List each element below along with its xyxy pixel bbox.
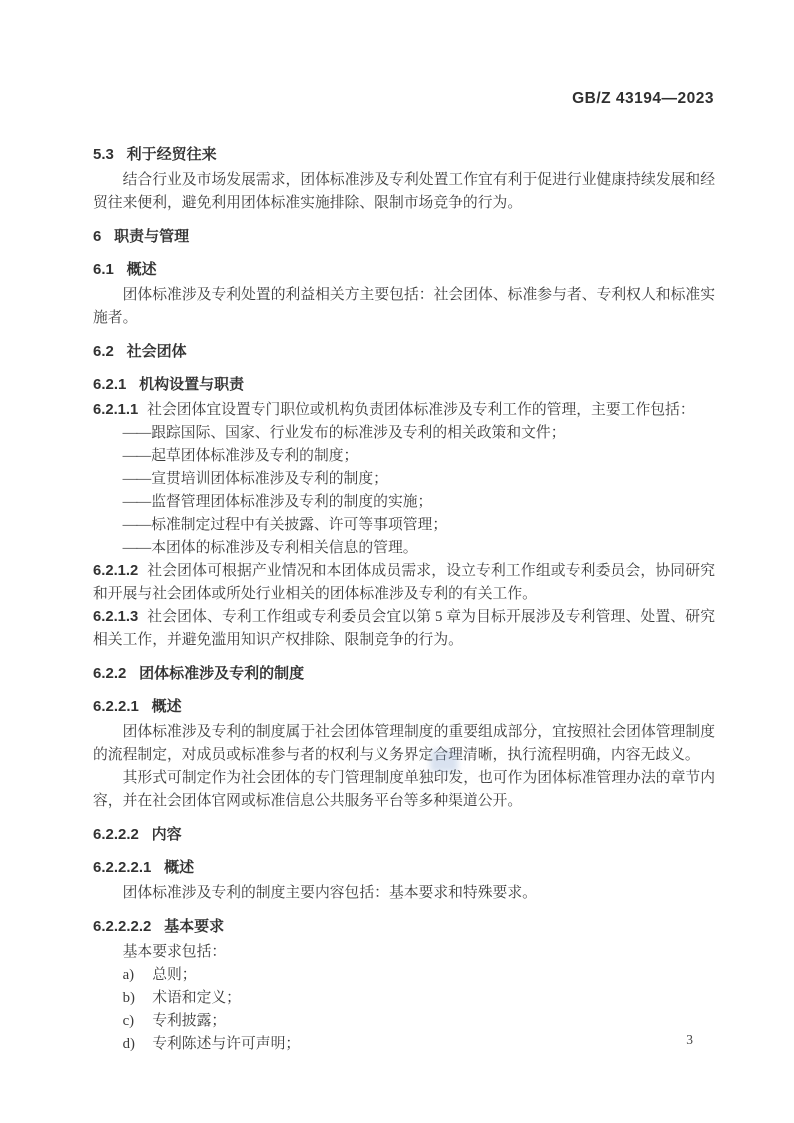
paragraph: 其形式可制定作为社会团体的专门管理制度单独印发，也可作为团体标准管理办法的章节内… (93, 767, 715, 813)
list-item-dash: ——本团体的标准涉及专利相关信息的管理。 (93, 537, 715, 560)
clause-title: 内容 (152, 826, 182, 843)
list-item-text: 跟踪国际、国家、行业发布的标准涉及专利的相关政策和文件； (151, 425, 565, 441)
clause-heading-6-2-1: 6.2.1机构设置与职责 (93, 373, 715, 396)
clause-text: 社会团体、专利工作组或专利委员会宜以第 5 章为目标开展涉及专利管理、处置、研究… (93, 609, 715, 648)
list-item-text: 总则； (152, 967, 196, 983)
clause-title: 机构设置与职责 (139, 376, 244, 393)
list-item-text: 专利披露； (152, 1013, 226, 1029)
clause-text: 社会团体可根据产业情况和本团体成员需求，设立专利工作组或专利委员会，协同研究和开… (93, 563, 715, 602)
clause-title: 概述 (164, 859, 194, 876)
list-item-dash: ——标准制定过程中有关披露、许可等事项管理； (93, 514, 715, 537)
clause-number: 6.2.1.1 (93, 402, 138, 418)
dash-bullet: —— (123, 540, 151, 556)
clause-heading-6-2: 6.2社会团体 (93, 340, 715, 363)
clause-number: 6.2 (93, 343, 114, 360)
clause-number: 6.2.1.2 (93, 563, 138, 579)
clause-number: 6.1 (93, 261, 114, 278)
clause-title: 概述 (152, 698, 182, 715)
list-item-text: 标准制定过程中有关披露、许可等事项管理； (151, 517, 447, 533)
list-item-text: 宣贯培训团体标准涉及专利的制度； (151, 471, 388, 487)
dash-bullet: —— (123, 494, 151, 510)
clause-title: 利于经贸往来 (127, 146, 217, 163)
standard-code: GB/Z 43194—2023 (572, 90, 714, 108)
clause-title: 团体标准涉及专利的制度 (139, 665, 304, 682)
dash-bullet: —— (123, 517, 151, 533)
paragraph: 结合行业及市场发展需求，团体标准涉及专利处置工作宜有利于促进行业健康持续发展和经… (93, 169, 715, 215)
list-item-dash: ——宣贯培训团体标准涉及专利的制度； (93, 468, 715, 491)
clause-number: 6.2.2.1 (93, 698, 139, 715)
clause-heading-6-2-2-2-2: 6.2.2.2.2基本要求 (93, 915, 715, 938)
clause-number: 5.3 (93, 146, 114, 163)
clause-title: 概述 (127, 261, 157, 278)
clause-heading-6-1: 6.1概述 (93, 258, 715, 281)
clause-number: 6.2.1.3 (93, 609, 138, 625)
clause-number: 6.2.2.2.1 (93, 859, 151, 876)
clause-number: 6.2.2 (93, 665, 126, 682)
page-number: 3 (686, 1032, 693, 1048)
clause-number: 6.2.2.2 (93, 826, 139, 843)
paragraph: 团体标准涉及专利的制度主要内容包括：基本要求和特殊要求。 (93, 882, 715, 905)
clause-paragraph-6-2-1-1: 6.2.1.1社会团体宜设置专门职位或机构负责团体标准涉及专利工作的管理，主要工… (93, 399, 715, 422)
dash-bullet: —— (123, 448, 151, 464)
clause-paragraph-6-2-1-2: 6.2.1.2社会团体可根据产业情况和本团体成员需求，设立专利工作组或专利委员会… (93, 560, 715, 606)
document-content: 5.3利于经贸往来 结合行业及市场发展需求，团体标准涉及专利处置工作宜有利于促进… (93, 133, 715, 1056)
clause-number: 6.2.1 (93, 376, 126, 393)
chapter-heading-6: 6职责与管理 (93, 225, 715, 248)
list-item-dash: ——跟踪国际、国家、行业发布的标准涉及专利的相关政策和文件； (93, 422, 715, 445)
clause-heading-6-2-2-2: 6.2.2.2内容 (93, 823, 715, 846)
clause-title: 基本要求 (164, 918, 224, 935)
clause-heading-5-3: 5.3利于经贸往来 (93, 143, 715, 166)
list-item-text: 本团体的标准涉及专利相关信息的管理。 (151, 540, 417, 556)
list-item-letter: b)术语和定义； (93, 987, 715, 1010)
clause-paragraph-6-2-1-3: 6.2.1.3社会团体、专利工作组或专利委员会宜以第 5 章为目标开展涉及专利管… (93, 606, 715, 652)
list-item-dash: ——起草团体标准涉及专利的制度； (93, 445, 715, 468)
list-item-label: d) (123, 1033, 153, 1056)
list-item-letter: d)专利陈述与许可声明； (93, 1033, 715, 1056)
paragraph: 基本要求包括： (93, 941, 715, 964)
paragraph: 团体标准涉及专利的制度属于社会团体管理制度的重要组成部分，宜按照社会团体管理制度… (93, 721, 715, 767)
list-item-letter: a)总则； (93, 964, 715, 987)
clause-title: 社会团体 (127, 343, 187, 360)
list-item-letter: c)专利披露； (93, 1010, 715, 1033)
list-item-label: b) (123, 987, 153, 1010)
clause-number: 6 (93, 228, 101, 245)
list-item-text: 监督管理团体标准涉及专利的制度的实施； (151, 494, 432, 510)
dash-bullet: —— (123, 425, 151, 441)
clause-heading-6-2-2: 6.2.2团体标准涉及专利的制度 (93, 662, 715, 685)
dash-bullet: —— (123, 471, 151, 487)
clause-number: 6.2.2.2.2 (93, 918, 151, 935)
list-item-text: 专利陈述与许可声明； (152, 1036, 300, 1052)
list-item-dash: ——监督管理团体标准涉及专利的制度的实施； (93, 491, 715, 514)
list-item-text: 术语和定义； (152, 990, 241, 1006)
clause-heading-6-2-2-1: 6.2.2.1概述 (93, 695, 715, 718)
clause-heading-6-2-2-2-1: 6.2.2.2.1概述 (93, 856, 715, 879)
list-item-label: c) (123, 1010, 153, 1033)
list-item-label: a) (123, 964, 153, 987)
paragraph: 团体标准涉及专利处置的利益相关方主要包括：社会团体、标准参与者、专利权人和标准实… (93, 284, 715, 330)
list-item-text: 起草团体标准涉及专利的制度； (151, 448, 358, 464)
clause-title: 职责与管理 (114, 228, 189, 245)
clause-text: 社会团体宜设置专门职位或机构负责团体标准涉及专利工作的管理，主要工作包括： (147, 402, 695, 418)
document-page: GB/Z 43194—2023 5.3利于经贸往来 结合行业及市场发展需求，团体… (0, 0, 794, 1123)
